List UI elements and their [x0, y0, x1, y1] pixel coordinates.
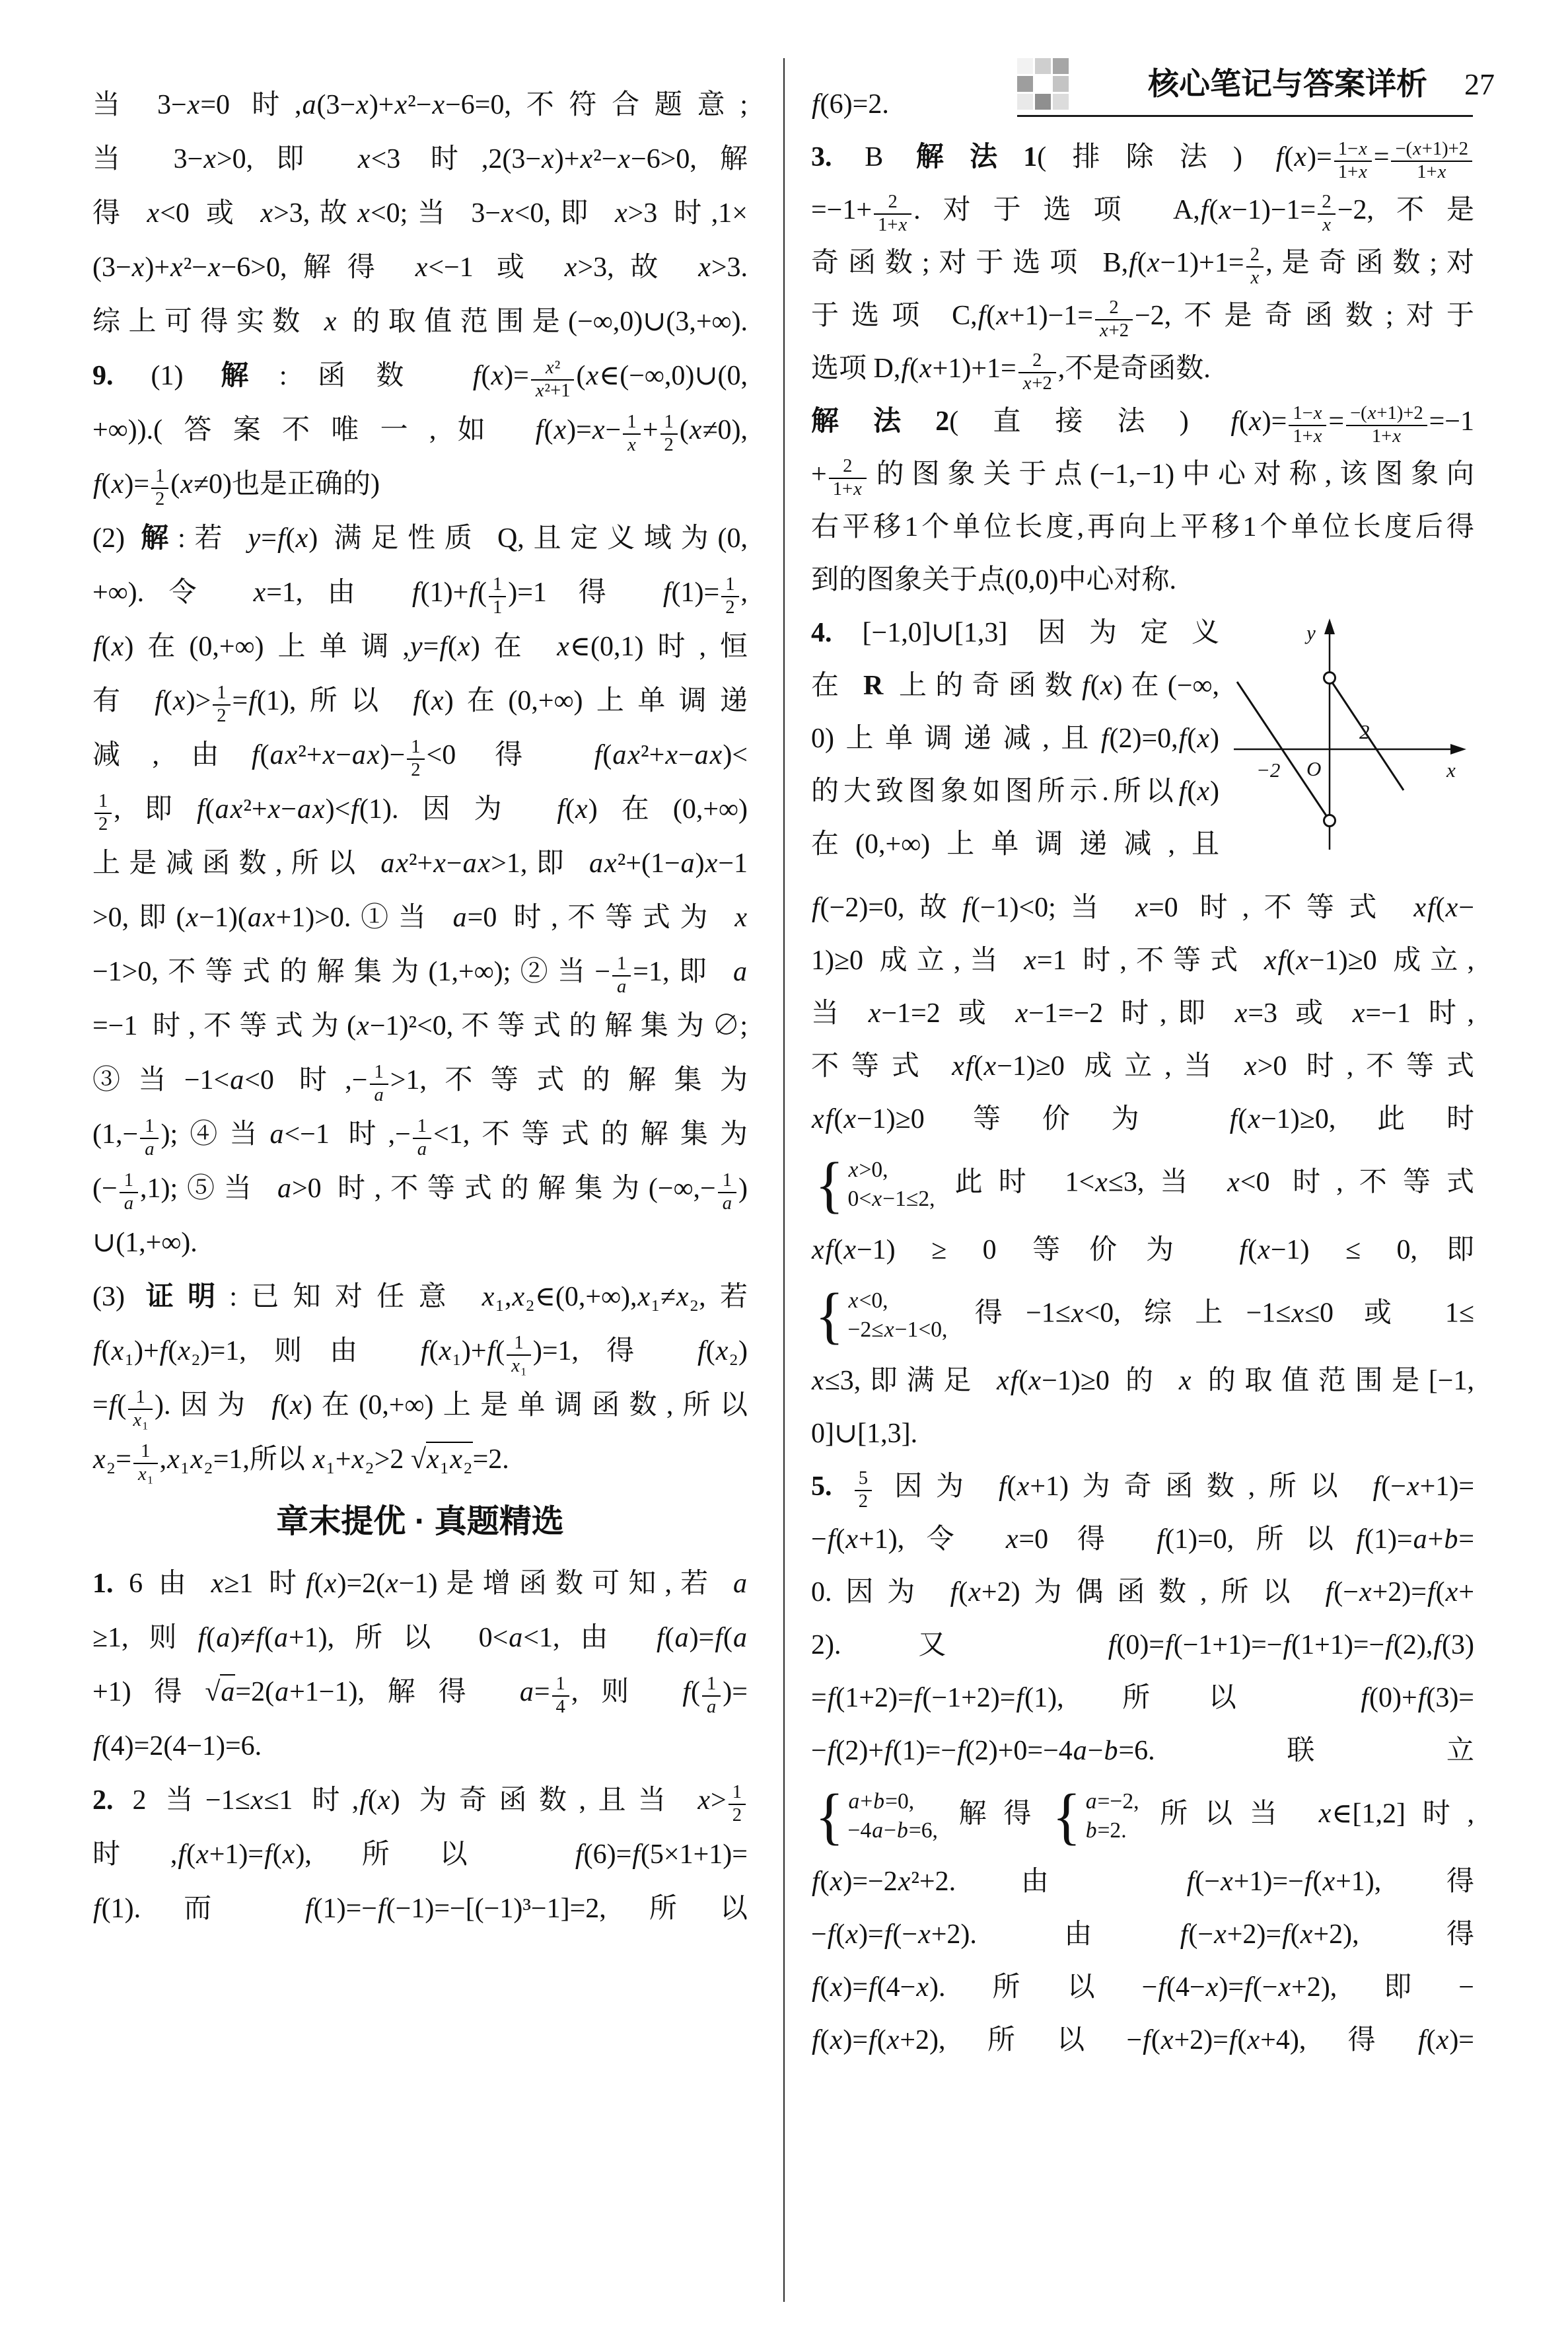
figure-wrap: y x O −2 2 4. [−1,0]∪[1,3] 因为定义在 R 上的奇函数…: [811, 607, 1474, 871]
text-line: f(−2)=0,故f(−1)<0;当 x=0 时,不等式 xf(x−: [811, 881, 1474, 934]
graph-x-label: x: [1446, 758, 1456, 782]
text-line: f(x)=f(4−x).所以−f(4−x)=f(−x+2),即−: [811, 1961, 1474, 2014]
text-line: x≤3,即满足 xf(x−1)≥0 的 x 的取值范围是[−1,: [811, 1354, 1474, 1407]
text-line: −f(2)+f(1)=−f(2)+0=−4a−b=6.联立: [811, 1724, 1474, 1777]
graph-tick-2: 2: [1359, 720, 1370, 743]
text-line: 有 f(x)>12=f(1),所以 f(x)在(0,+∞)上单调递: [92, 674, 748, 728]
text-line: (−1a,1);⑤当 a>0 时,不等式的解集为(−∞,−1a): [92, 1162, 748, 1216]
text-line: (1,−1a);④当a<−1 时,−1a<1,不等式的解集为: [92, 1107, 748, 1162]
text-line: 不等式 xf(x−1)≥0 成立,当 x>0 时,不等式: [811, 1040, 1474, 1093]
text-line: 解法2(直接法) f(x)=1−x1+x=−(x+1)+21+x=−1: [811, 395, 1474, 448]
text-line: 5. 52 因为 f(x+1)为奇函数,所以 f(−x+1)=: [811, 1460, 1474, 1513]
text-line: ≥1,则f(a)≠f(a+1),所以 0<a<1,由 f(a)=f(a: [92, 1611, 748, 1665]
text-line: (2) 解:若 y=f(x) 满足性质 Q,且定义域为(0,: [92, 511, 748, 566]
graph-tick-neg2: −2: [1256, 758, 1280, 782]
text-line: 0.因为 f(x+2)为偶函数,所以 f(−x+2)=f(x+: [811, 1566, 1474, 1619]
text-line: 时,f(x+1)=f(x),所以 f(6)=f(5×1+1)=: [92, 1827, 748, 1882]
text-line: 右平移1个单位长度,再向上平移1个单位长度后得: [811, 501, 1474, 554]
text-line: −f(x+1),令 x=0 得 f(1)=0,所以f(1)=a+b=: [811, 1513, 1474, 1566]
text-line: {x>0,0<x−1≤2,此时 1<x≤3,当 x<0 时,不等式: [811, 1146, 1474, 1224]
text-line: 1. 6 由 x≥1 时f(x)=2(x−1)是增函数可知,若 a: [92, 1557, 748, 1611]
text-line: 当 3−x>0,即 x<3 时,2(3−x)+x²−x−6>0,解: [92, 132, 748, 186]
text-line: 当 x−1=2 或 x−1=−2 时,即 x=3 或 x=−1 时,: [811, 987, 1474, 1040]
right-part3: f(−2)=0,故f(−1)<0;当 x=0 时,不等式 xf(x−1)≥0 成…: [811, 881, 1474, 2067]
text-line: f(6)=2.: [811, 78, 1474, 131]
text-line: +21+x的图象关于点(−1,−1)中心对称,该图象向: [811, 448, 1474, 501]
text-line: =f(1+2)=f(−1+2)=f(1),所以 f(0)+f(3)=: [811, 1672, 1474, 1724]
text-line: {a+b=0,−4a−b=6,解得{a=−2,b=2.所以当 x∈[1,2]时,: [811, 1777, 1474, 1855]
section-heading: 章末提优 · 真题精选: [92, 1487, 748, 1557]
text-line: f(4)=2(4−1)=6.: [92, 1719, 748, 1773]
text-line: +∞)).(答案不唯一,如 f(x)=x−1x+12(x≠0),: [92, 403, 748, 457]
text-line: 减,由f(ax²+x−ax)−12<0 得 f(ax²+x−ax)<: [92, 728, 748, 782]
text-line: 综上可得实数 x 的取值范围是(−∞,0)∪(3,+∞).: [92, 295, 748, 349]
text-line: −f(x)=f(−x+2).由f(−x+2)=f(x+2),得: [811, 1908, 1474, 1961]
text-line: ③当−1<a<0 时,−1a>1,不等式的解集为: [92, 1053, 748, 1107]
logo-square: [1053, 58, 1069, 74]
text-line: (3−x)+x²−x−6>0,解得 x<−1 或 x>3,故 x>3.: [92, 240, 748, 295]
text-line: f(1).而 f(1)=−f(−1)=−[(−1)³−1]=2,所以: [92, 1882, 748, 1936]
text-line: +∞).令 x=1,由 f(1)+f(11)=1 得 f(1)=12,: [92, 566, 748, 620]
text-line: f(x)=f(x+2),所以−f(x+2)=f(x+4),得f(x)=: [811, 2014, 1474, 2067]
right-part1: f(6)=2.3. B 解法1(排除法) f(x)=1−x1+x=−(x+1)+…: [811, 78, 1474, 607]
text-line: 奇函数;对于选项 B,f(x−1)+1=2x,是奇函数;对: [811, 237, 1474, 289]
text-line: 上是减函数,所以 ax²+x−ax>1,即 ax²+(1−a)x−1: [92, 836, 748, 891]
text-line: 选项 D,f(x+1)+1=2x+2,不是奇函数.: [811, 342, 1474, 395]
text-line: 0]∪[1,3].: [811, 1407, 1474, 1460]
text-line: +1)得√a=2(a+1−1),解得 a=14,则 f(1a)=: [92, 1665, 748, 1719]
left-column: 当 3−x=0 时,a(3−x)+x²−x−6=0,不符合题意;当 3−x>0,…: [92, 78, 748, 2315]
text-line: =f(1x₁).因为 f(x)在(0,+∞)上是单调函数,所以: [92, 1378, 748, 1432]
text-line: =−1 时,不等式为(x−1)²<0,不等式的解集为∅;: [92, 999, 748, 1053]
logo-square: [1017, 58, 1033, 74]
text-line: 得 x<0 或 x>3,故x<0;当 3−x<0,即 x>3 时,1×: [92, 186, 748, 240]
logo-square: [1035, 58, 1051, 74]
text-line: 当 3−x=0 时,a(3−x)+x²−x−6=0,不符合题意;: [92, 78, 748, 132]
text-line: {x<0,−2≤x−1<0,得−1≤x<0,综上−1≤x≤0 或 1≤: [811, 1276, 1474, 1354]
text-line: 12,即f(ax²+x−ax)<f(1).因为 f(x)在(0,+∞): [92, 782, 748, 836]
text-line: xf(x−1)≥0 等价为 f(x−1)≥0,此时: [811, 1093, 1474, 1146]
text-line: >0,即(x−1)(ax+1)>0.①当 a=0 时,不等式为 x: [92, 891, 748, 945]
right-column: f(6)=2.3. B 解法1(排除法) f(x)=1−x1+x=−(x+1)+…: [811, 78, 1474, 2315]
graph-origin-label: O: [1306, 757, 1321, 780]
page: 核心笔记与答案详析 27 当 3−x=0 时,a(3−x)+x²−x−6=0,不…: [0, 0, 1568, 2325]
text-line: 到的图象关于点(0,0)中心对称.: [811, 554, 1474, 607]
text-line: −1>0,不等式的解集为(1,+∞);②当−1a=1,即 a: [92, 945, 748, 999]
column-divider: [783, 58, 785, 2302]
open-circle-top: [1324, 673, 1336, 684]
text-line: ∪(1,+∞).: [92, 1216, 748, 1270]
text-line: (3) 证明:已知对任意 x₁,x₂∈(0,+∞),x₁≠x₂,若: [92, 1270, 748, 1324]
text-line: 1)≥0 成立,当 x=1 时,不等式 xf(x−1)≥0 成立,: [811, 934, 1474, 987]
text-line: f(x₁)+f(x₂)=1,则由 f(x₁)+f(1x₁)=1,得 f(x₂): [92, 1324, 748, 1378]
function-graph: y x O −2 2: [1229, 610, 1474, 876]
text-line: 2).又 f(0)=f(−1+1)=−f(1+1)=−f(2),f(3): [811, 1619, 1474, 1672]
text-line: =−1+21+x.对于选项 A,f(x−1)−1=2x−2,不是: [811, 184, 1474, 237]
text-line: 2. 2 当−1≤x≤1 时,f(x) 为奇函数,且当 x>12: [92, 1773, 748, 1827]
text-line: f(x)=−2x²+2.由 f(−x+1)=−f(x+1),得: [811, 1855, 1474, 1908]
text-line: 3. B 解法1(排除法) f(x)=1−x1+x=−(x+1)+21+x: [811, 131, 1474, 184]
text-line: f(x)在(0,+∞)上单调,y=f(x)在 x∈(0,1)时,恒: [92, 620, 748, 674]
text-line: f(x)=12(x≠0)也是正确的): [92, 457, 748, 511]
text-line: 于选项 C,f(x+1)−1=2x+2−2,不是奇函数;对于: [811, 289, 1474, 342]
text-line: xf(x−1) ≥ 0 等价为 f(x−1) ≤ 0,即: [811, 1224, 1474, 1276]
x-axis-arrow: [1450, 744, 1466, 755]
open-circle-bottom: [1324, 815, 1336, 827]
text-line: x₂=1x₁,x₁x₂=1,所以 x₁+x₂>2 √x₁x₂=2.: [92, 1432, 748, 1487]
graph-y-label: y: [1304, 621, 1316, 644]
text-line: 9. (1) 解:函数 f(x)=x²x²+1(x∈(−∞,0)∪(0,: [92, 349, 748, 403]
y-axis-arrow: [1324, 618, 1335, 634]
